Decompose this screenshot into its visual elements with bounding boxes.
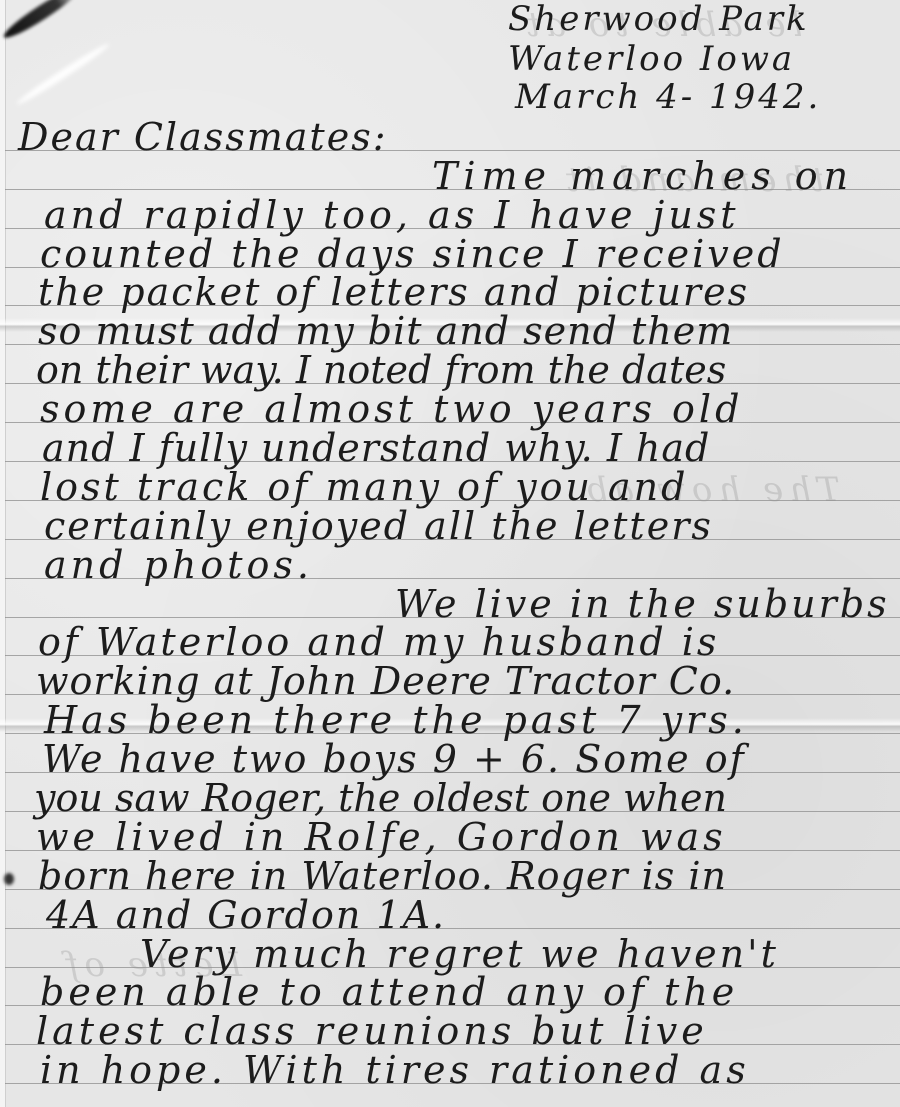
letter-line: We have two boys 9 + 6. Some of bbox=[42, 740, 746, 778]
letter-line: some are almost two years old bbox=[40, 390, 743, 428]
letter-date: March 4- 1942. bbox=[515, 80, 821, 114]
letter-line: lost track of many of you and bbox=[40, 468, 688, 506]
letter-line: on their way. I noted from the dates bbox=[36, 351, 726, 389]
address-line-1: Sherwood Park bbox=[508, 2, 810, 36]
letter-line: so must add my bit and send them bbox=[38, 312, 733, 350]
letter-page: le able to at them and it The how ab Let… bbox=[0, 0, 900, 1107]
letter-line: We live in the suburbs bbox=[395, 585, 890, 623]
letter-line: counted the days since I received bbox=[40, 235, 785, 273]
letter-line: and photos. bbox=[44, 546, 313, 584]
letter-line: working at John Deere Tractor Co. bbox=[36, 662, 735, 700]
letter-line: been able to attend any of the bbox=[40, 973, 738, 1011]
letter-line: latest class reunions but live bbox=[36, 1012, 708, 1050]
letter-line: Has been there the past 7 yrs. bbox=[44, 701, 748, 739]
letter-line: we lived in Rolfe, Gordon was bbox=[36, 818, 727, 856]
letter-line: Time marches on bbox=[432, 157, 854, 195]
salutation: Dear Classmates: bbox=[18, 118, 388, 156]
paper-crease bbox=[15, 41, 112, 108]
letter-line: and rapidly too, as I have just bbox=[44, 196, 740, 234]
address-line-2: Waterloo Iowa bbox=[508, 42, 795, 76]
ink-spot bbox=[4, 873, 14, 885]
letter-line: of Waterloo and my husband is bbox=[38, 623, 719, 661]
letter-line: you saw Roger, the oldest one when bbox=[34, 779, 727, 817]
letter-line: and I fully understand why. I had bbox=[42, 429, 710, 467]
letter-line: the packet of letters and pictures bbox=[38, 273, 749, 311]
letter-line: in hope. With tires rationed as bbox=[40, 1051, 750, 1089]
letter-line: certainly enjoyed all the letters bbox=[44, 507, 713, 545]
ink-smudge bbox=[0, 0, 83, 43]
letter-line: 4A and Gordon 1A. bbox=[46, 896, 446, 934]
letter-line: born here in Waterloo. Roger is in bbox=[38, 857, 727, 895]
paper-left-edge bbox=[0, 0, 6, 1107]
letter-line: Very much regret we haven't bbox=[140, 935, 779, 973]
